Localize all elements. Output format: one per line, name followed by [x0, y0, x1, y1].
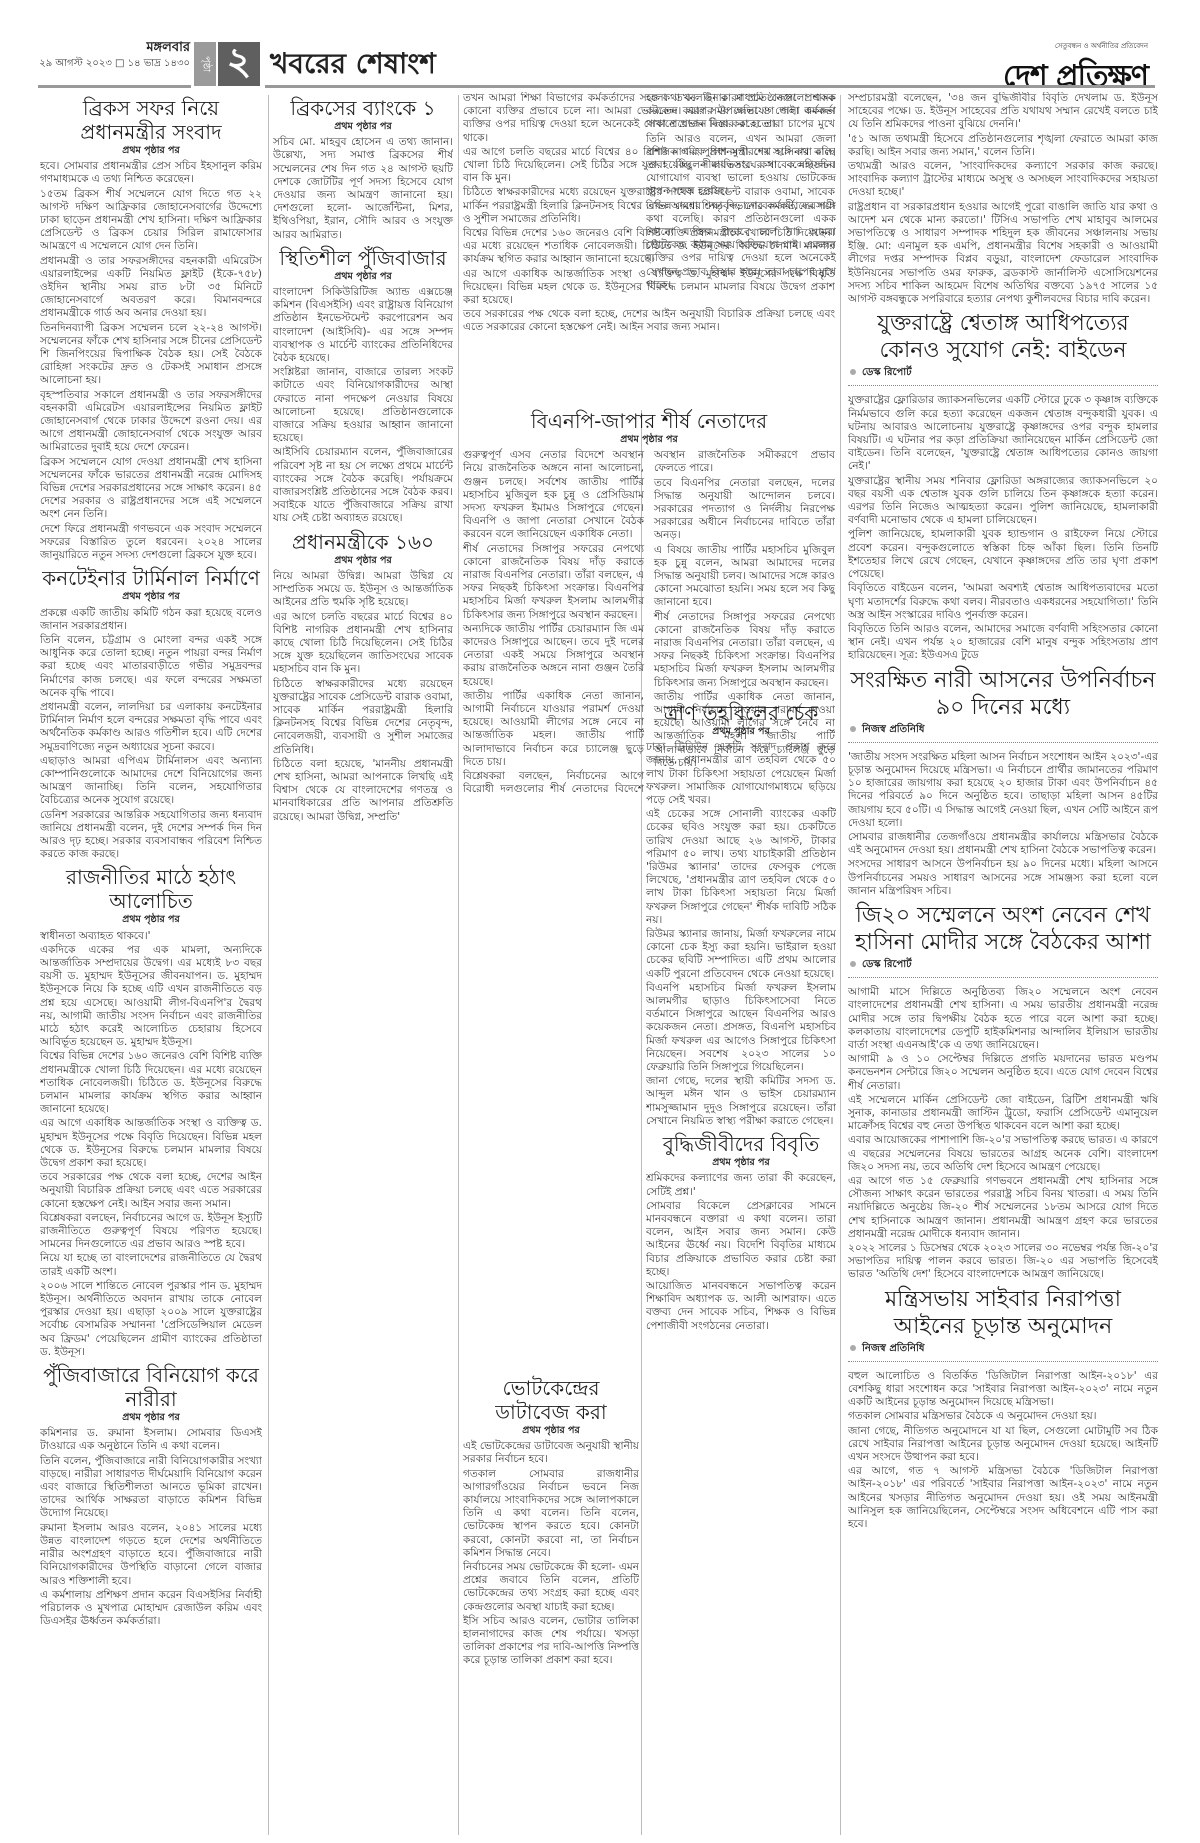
continued-label: প্রথম পৃষ্ঠার পর — [273, 554, 453, 567]
article-intellectuals: বুদ্ধিজীবীদের বিবৃতি প্রথম পৃষ্ঠার পর শ্… — [646, 1132, 836, 1333]
article-stable-market: স্থিতিশীল পুঁজিবাজার প্রথম পৃষ্ঠার পর বা… — [273, 246, 453, 526]
column-divider — [840, 95, 841, 1835]
article-cyber-law: মন্ত্রিসভায় সাইবার নিরাপত্তা আইনের চূড়… — [848, 1286, 1158, 1532]
article-headline: পুঁজিবাজারে বিনিয়োগ করে নারীরা — [40, 1363, 262, 1411]
masthead: মঙ্গলবার ২৯ আগস্ট ২০২৩ □ ১৪ ভাদ্র ১৪৩০ প… — [0, 0, 1200, 88]
article-brics-bank: ব্রিকসের ব্যাংকে ১ প্রথম পৃষ্ঠার পর সচিব… — [273, 96, 453, 242]
paragraph: বহুল আলোচিত ও বিতর্কিত 'ডিজিটাল নিরাপত্ত… — [848, 1370, 1158, 1410]
paragraph: সোমবার রাজধানীর তেজগাঁওয়ে প্রধানমন্ত্রী… — [848, 831, 1158, 857]
paragraph: কমিশনার ড. রুমানা ইসলাম। সোমবার ডিএসই টা… — [40, 1427, 262, 1453]
paragraph: এর আগে একাধিক আন্তর্জাতিক সংস্থা ও ব্যক্… — [40, 1117, 262, 1170]
paragraph: প্রধানমন্ত্রী বলেন, লালদিয়া চর এলাকায় … — [40, 701, 262, 754]
article-relief-cheque: ত্রাণ তহবিলের চেক প্রথম পৃষ্ঠার পর ঢাকা … — [646, 701, 836, 1128]
article-headline: ব্রিকস সফর নিয়ে প্রধানমন্ত্রীর সংবাদ — [40, 96, 262, 144]
bullet-icon — [850, 1345, 856, 1351]
article-women-investors: পুঁজিবাজারে বিনিয়োগ করে নারীরা প্রথম পৃ… — [40, 1363, 262, 1628]
article-headline: ব্রিকসের ব্যাংকে ১ — [273, 96, 453, 120]
byline-text: নিজস্ব প্রতিনিধি — [862, 724, 924, 735]
paragraph: ২০০৬ সালে শান্তিতে নোবেল পুরস্কার পান ড.… — [40, 1280, 262, 1359]
continued-label: প্রথম পৃষ্ঠার পর — [463, 1424, 639, 1437]
column-divider — [268, 95, 269, 1835]
continued-label: প্রথম পৃষ্ঠার পর — [646, 725, 836, 738]
bullet-icon — [850, 369, 856, 375]
column-2: ব্রিকসের ব্যাংকে ১ প্রথম পৃষ্ঠার পর সচিব… — [273, 92, 453, 1837]
paragraph: একদিকে একের পর এক মামলা, অন্যদিকে আন্তর্… — [40, 944, 262, 1050]
continued-label: প্রথম পৃষ্ঠার পর — [40, 913, 262, 926]
continued-label: প্রথম পৃষ্ঠার পর — [273, 120, 453, 133]
article-headline: স্থিতিশীল পুঁজিবাজার — [273, 246, 453, 270]
bullet-icon — [850, 726, 856, 732]
paragraph: এবার আয়োজকের পাশাপাশি জি-২০'র সভাপতিত্ব… — [848, 1134, 1158, 1174]
column-1: ব্রিকস সফর নিয়ে প্রধানমন্ত্রীর সংবাদ প্… — [40, 92, 262, 1837]
paragraph: চিঠিতে বলা হয়েছে, 'মাননীয় প্রধানমন্ত্র… — [273, 758, 453, 824]
article-pm-160: প্রধানমন্ত্রীকে ১৬০ প্রথম পৃষ্ঠার পর নিয… — [273, 530, 453, 824]
paragraph: বিএনপি মহাসচিব মির্জা ফখরুল ইসলাম আলমগীর… — [646, 982, 836, 1074]
article-tcsa-meeting: সম্প্রচারমন্ত্রী বলেছেন, '৩৪ জন বুদ্ধিজী… — [848, 92, 1158, 306]
paragraph: যুক্তরাষ্ট্রের স্থানীয় সময় শনিবার ফ্লো… — [848, 475, 1158, 528]
section-title: খবরের শেষাংশ — [270, 42, 436, 89]
article-headline: কনটেইনার টার্মিনাল নির্মাণে — [40, 566, 262, 590]
paragraph: চিঠিতে স্বাক্ষরকারীদের মধ্যে রয়েছেন যুক… — [273, 678, 453, 757]
paragraph: আগামী ৯ ও ১০ সেপ্টেম্বর দিল্লিতে প্রগতি … — [848, 1053, 1158, 1093]
paragraph: বৃহস্পতিবার সকালে প্রধানমন্ত্রী ও তার সফ… — [40, 389, 262, 455]
continued-label: প্রথম পৃষ্ঠার পর — [40, 590, 262, 603]
paragraph: ইসি সচিব আরও বলেন, ভোটার তালিকা হালনাগাদ… — [463, 1615, 639, 1668]
paragraph: এই চেকের সঙ্গে সোনালী ব্যাংকের একটি চেকে… — [646, 808, 836, 927]
article-headline: বুদ্ধিজীবীদের বিবৃতি — [646, 1132, 836, 1156]
paragraph: তিনি বলেন, পুঁজিবাজারে নারী বিনিয়োগকারী… — [40, 1455, 262, 1521]
paragraph: নিয়ে যা হচ্ছে তা বাংলাদেশের রাজনীতিতে য… — [40, 1252, 262, 1278]
paragraph: হলো তখন উনার মাধ্যমে জেলা প্রশাসক করতেন।… — [646, 92, 836, 132]
article-teacher-item: হলো তখন উনার মাধ্যমে জেলা প্রশাসক করতেন।… — [646, 92, 836, 407]
paragraph: এর আগে গত ১৫ ফেব্রুয়ারি গণভবনে প্রধানমন… — [848, 1175, 1158, 1241]
paragraph: আগামী মাসে দিল্লিতে অনুষ্ঠিতব্য জি২০ সম্… — [848, 986, 1158, 1052]
article-headline: রাজনীতির মাঠে হঠাৎ আলোচিত — [40, 865, 262, 913]
paragraph: শীর্ষ নেতাদের সিঙ্গাপুর সফরের নেপথ্যে কো… — [463, 543, 644, 622]
continued-label: প্রথম পৃষ্ঠার পর — [646, 1156, 836, 1169]
byline-text: নিজস্ব প্রতিনিধি — [862, 1343, 924, 1354]
paragraph: বিবৃতিতে বাইডেন বলেন, 'আমরা অবশ্যই শ্বেত… — [848, 582, 1158, 622]
paragraph: বাংলাদেশ সিকিউরিটিজ অ্যান্ড এক্সচেঞ্জ কম… — [273, 286, 453, 365]
paragraph: এই সম্মেলনে মার্কিন প্রেসিডেন্ট জো বাইডে… — [848, 1094, 1158, 1134]
bullet-icon — [850, 961, 856, 967]
article-container-terminal: কনটেইনার টার্মিনাল নির্মাণে প্রথম পৃষ্ঠা… — [40, 566, 262, 861]
article-women-seats: সংরক্ষিত নারী আসনের উপনির্বাচন ৯০ দিনের … — [848, 667, 1158, 898]
byline-text: ডেস্ক রিপোর্ট — [862, 959, 912, 970]
continued-label: প্রথম পৃষ্ঠার পর — [40, 144, 262, 157]
column-4: হলো তখন উনার মাধ্যমে জেলা প্রশাসক করতেন।… — [646, 92, 836, 1837]
byline: ডেস্ক রিপোর্ট — [848, 956, 1158, 978]
paragraph: সংশ্লিষ্টরা জানান, বাজারে তারল্য সংকট কা… — [273, 366, 453, 445]
paragraph: তখন আমরা শিক্ষা বিভাগের কর্মকর্তাদের সঙ্… — [646, 200, 836, 292]
paragraph: তিনি আরও বলেন, এখন আমরা জেলা প্রশাসক এবং… — [646, 133, 836, 199]
issue-date: ২৯ আগস্ট ২০২৩ □ ১৪ ভাদ্র ১৪৩০ — [39, 56, 190, 73]
article-headline: প্রধানমন্ত্রীকে ১৬০ — [273, 530, 453, 554]
paragraph: জানা গেছে, নীতিগত অনুমোদনে যা যা ছিল, সে… — [848, 1425, 1158, 1465]
page-number: ২ — [218, 42, 260, 86]
paragraph: সংসদের সাধারণ আসনে উপনির্বাচন হয় ৯০ দিন… — [848, 858, 1158, 898]
article-politics-yunus: রাজনীতির মাঠে হঠাৎ আলোচিত প্রথম পৃষ্ঠার … — [40, 865, 262, 1359]
paragraph: জাতীয় পার্টির একাধিক নেতা জানান, আগামী … — [463, 690, 644, 769]
paragraph: রিউমর স্ক্যানার জানায়, মির্জা ফখরুলের ন… — [646, 928, 836, 981]
byline: নিজস্ব প্রতিনিধি — [848, 721, 1158, 743]
paragraph: বিশ্বের বিভিন্ন দেশের ১৬০ জনেরও বেশি বিশ… — [40, 1050, 262, 1116]
paragraph: ঢাকা ট্রিবিউন একটি সংবাদ প্রকাশ করে জানা… — [646, 741, 836, 807]
paragraph: রাষ্ট্রপ্রধান বা সরকারপ্রধান হওয়ার আগেই… — [848, 201, 1158, 307]
page-label: পৃষ্ঠা — [194, 42, 216, 86]
paragraph: নির্বাচনের সময় ভোটকেন্দ্রে কী হলো- এমন … — [463, 1561, 639, 1614]
continued-label: প্রথম পৃষ্ঠার পর — [273, 270, 453, 283]
article-headline: ত্রাণ তহবিলের চেক — [646, 701, 836, 725]
paragraph: রুমানা ইসলাম আরও বলেন, ২০৪১ সালের মধ্যে … — [40, 1522, 262, 1588]
paragraph: এর আগে, গত ৭ আগস্ট মন্ত্রিসভা বৈঠকে 'ডিজ… — [848, 1465, 1158, 1531]
continued-label: প্রথম পৃষ্ঠার পর — [40, 1411, 262, 1424]
paragraph: দেশে ফিরে প্রধানমন্ত্রী গণভবনে এক সংবাদ … — [40, 523, 262, 563]
paragraph: প্রকল্পে একটি জাতীয় কমিটি গঠন করা হয়েছ… — [40, 607, 262, 633]
paragraph: ডেনিশ সরকারের আন্তরিক সহযোগিতার জন্য ধন্… — [40, 809, 262, 862]
byline: ডেস্ক রিপোর্ট — [848, 364, 1158, 386]
byline-text: ডেস্ক রিপোর্ট — [862, 367, 912, 378]
paragraph: এই ভোটকেন্দ্রের ডাটাবেজ অনুযায়ী স্থানীয… — [463, 1440, 639, 1466]
paragraph: শ্রমিকদের কল্যাণের জন্য তারা কী করেছেন, … — [646, 1172, 836, 1198]
paragraph: অন্যদিকে জাতীয় পার্টির চেয়ারম্যান জি এ… — [463, 623, 644, 689]
column-5: সম্প্রচারমন্ত্রী বলেছেন, '৩৪ জন বুদ্ধিজী… — [848, 92, 1158, 1837]
paragraph: ২০২২ সালের ১ ডিসেম্বর থেকে ২০২৩ সালের ৩০… — [848, 1242, 1158, 1282]
byline: নিজস্ব প্রতিনিধি — [848, 1340, 1158, 1362]
paragraph: বিশ্লেষকরা বলছেন, নির্বাচনের আগে ড. ইউনূ… — [40, 1212, 262, 1252]
article-headline: সংরক্ষিত নারী আসনের উপনির্বাচন ৯০ দিনের … — [848, 667, 1158, 721]
paragraph: জানা গেছে, দলের স্থায়ী কমিটির সদস্য ড. … — [646, 1075, 836, 1128]
paragraph: তিনি বলেন, চট্টগ্রাম ও মোংলা বন্দর একই স… — [40, 634, 262, 700]
paragraph: প্রধানমন্ত্রী ও তার সফরসঙ্গীদের বহনকারী … — [40, 255, 262, 321]
article-headline: যুক্তরাষ্ট্রে শ্বেতাঙ্গ আধিপত্যের কোনও স… — [848, 310, 1158, 364]
paragraph: '৫১ আজ তথ্যমন্ত্রী হিসেবে প্রতিষ্ঠানগুলো… — [848, 133, 1158, 159]
paragraph: পুলিশ জানিয়েছে, হামলাকারী যুবক হ্যান্ডগ… — [848, 528, 1158, 581]
paragraph: স্বাধীনতা অব্যাহত থাকবে।' — [40, 930, 262, 943]
article-biden: যুক্তরাষ্ট্রে শ্বেতাঙ্গ আধিপত্যের কোনও স… — [848, 310, 1158, 662]
article-vote-centre: ভোটকেন্দ্রের ডাটাবেজ করা প্রথম পৃষ্ঠার প… — [463, 1372, 639, 1837]
paragraph: যুক্তরাষ্ট্রের ফ্লোরিডার জ্যাকসনভিলের এক… — [848, 394, 1158, 473]
paragraph: এছাড়াও আমরা এপিএম টার্মিনালস এবং অন্যান… — [40, 755, 262, 808]
paragraph: গতকাল সোমবার মন্ত্রিসভার বৈঠকে এ অনুমোদন… — [848, 1410, 1158, 1423]
paragraph: সোমবার বিকেলে প্রেসক্লাবের সামনে মানববন্… — [646, 1200, 836, 1279]
paragraph: সম্প্রচারমন্ত্রী বলেছেন, '৩৪ জন বুদ্ধিজী… — [848, 92, 1158, 132]
paragraph: আইসিবি চেয়ারম্যান বলেন, পুঁজিবাজারের পর… — [273, 446, 453, 525]
column-divider — [458, 95, 459, 1835]
brand-tagline: সেতুবন্ধন ও অর্থনীতির প্রতিবেদন — [1003, 40, 1148, 52]
article-headline: মন্ত্রিসভায় সাইবার নিরাপত্তা আইনের চূড়… — [848, 1286, 1158, 1340]
article-headline: জি২০ সম্মেলনে অংশ নেবেন শেখ হাসিনা মোদীর… — [848, 902, 1158, 956]
paragraph: নিয়ে আমরা উদ্বিগ্ন। আমরা উদ্বিগ্ন যে সা… — [273, 570, 453, 610]
paragraph: বিবৃতিতে তিনি আরও বলেন, আমাদের সমাজে বর্… — [848, 623, 1158, 663]
paragraph: তিনদিনব্যাপী ব্রিকস সম্মেলন চলে ২২-২৪ আগ… — [40, 322, 262, 388]
paragraph: 'জাতীয় সংসদ সংরক্ষিত মহিলা আসন নির্বাচন… — [848, 751, 1158, 830]
paragraph: গুরুত্বপূর্ণ এসব নেতার বিদেশে অবস্থান নি… — [463, 449, 644, 541]
spacer — [646, 407, 836, 697]
paragraph: আয়োজিত মানববন্ধনে সভাপতিত্ব করেন শিক্ষা… — [646, 1280, 836, 1333]
paragraph: তবে সরকারের পক্ষ থেকে বলা হচ্ছে, দেশের আ… — [40, 1171, 262, 1211]
paragraph: এ কর্মশালায় প্রশিক্ষণ প্রদান করেন বিএসই… — [40, 1589, 262, 1629]
paragraph: ব্রিকস সম্মেলনে যোগ দেওয়া প্রধানমন্ত্রী… — [40, 456, 262, 522]
paragraph: গতকাল সোমবার রাজধানীর আগারগাঁওয়ের নির্ব… — [463, 1468, 639, 1560]
article-g20: জি২০ সম্মেলনে অংশ নেবেন শেখ হাসিনা মোদীর… — [848, 902, 1158, 1282]
header-rule-right — [265, 85, 1155, 88]
article-headline: ভোটকেন্দ্রের ডাটাবেজ করা — [463, 1376, 639, 1424]
paragraph: তথ্যমন্ত্রী আরও বলেন, 'সাংবাদিকদের কল্যা… — [848, 160, 1158, 200]
paragraph: সচিব মো. মাহবুব হোসেন এ তথ্য জানান। উল্ল… — [273, 136, 453, 242]
paragraph: এর আগে চলতি বছরের মার্চে বিশ্বের ৪০ বিশি… — [273, 611, 453, 677]
paragraph: হবে। সোমবার প্রধানমন্ত্রীর প্রেস সচিব ইহ… — [40, 160, 262, 186]
paragraph: ১৫তম ব্রিকস শীর্ষ সম্মেলনে যোগ দিতে গত ২… — [40, 188, 262, 254]
header-rule-left — [38, 85, 191, 88]
article-brics-pm: ব্রিকস সফর নিয়ে প্রধানমন্ত্রীর সংবাদ প্… — [40, 96, 262, 562]
